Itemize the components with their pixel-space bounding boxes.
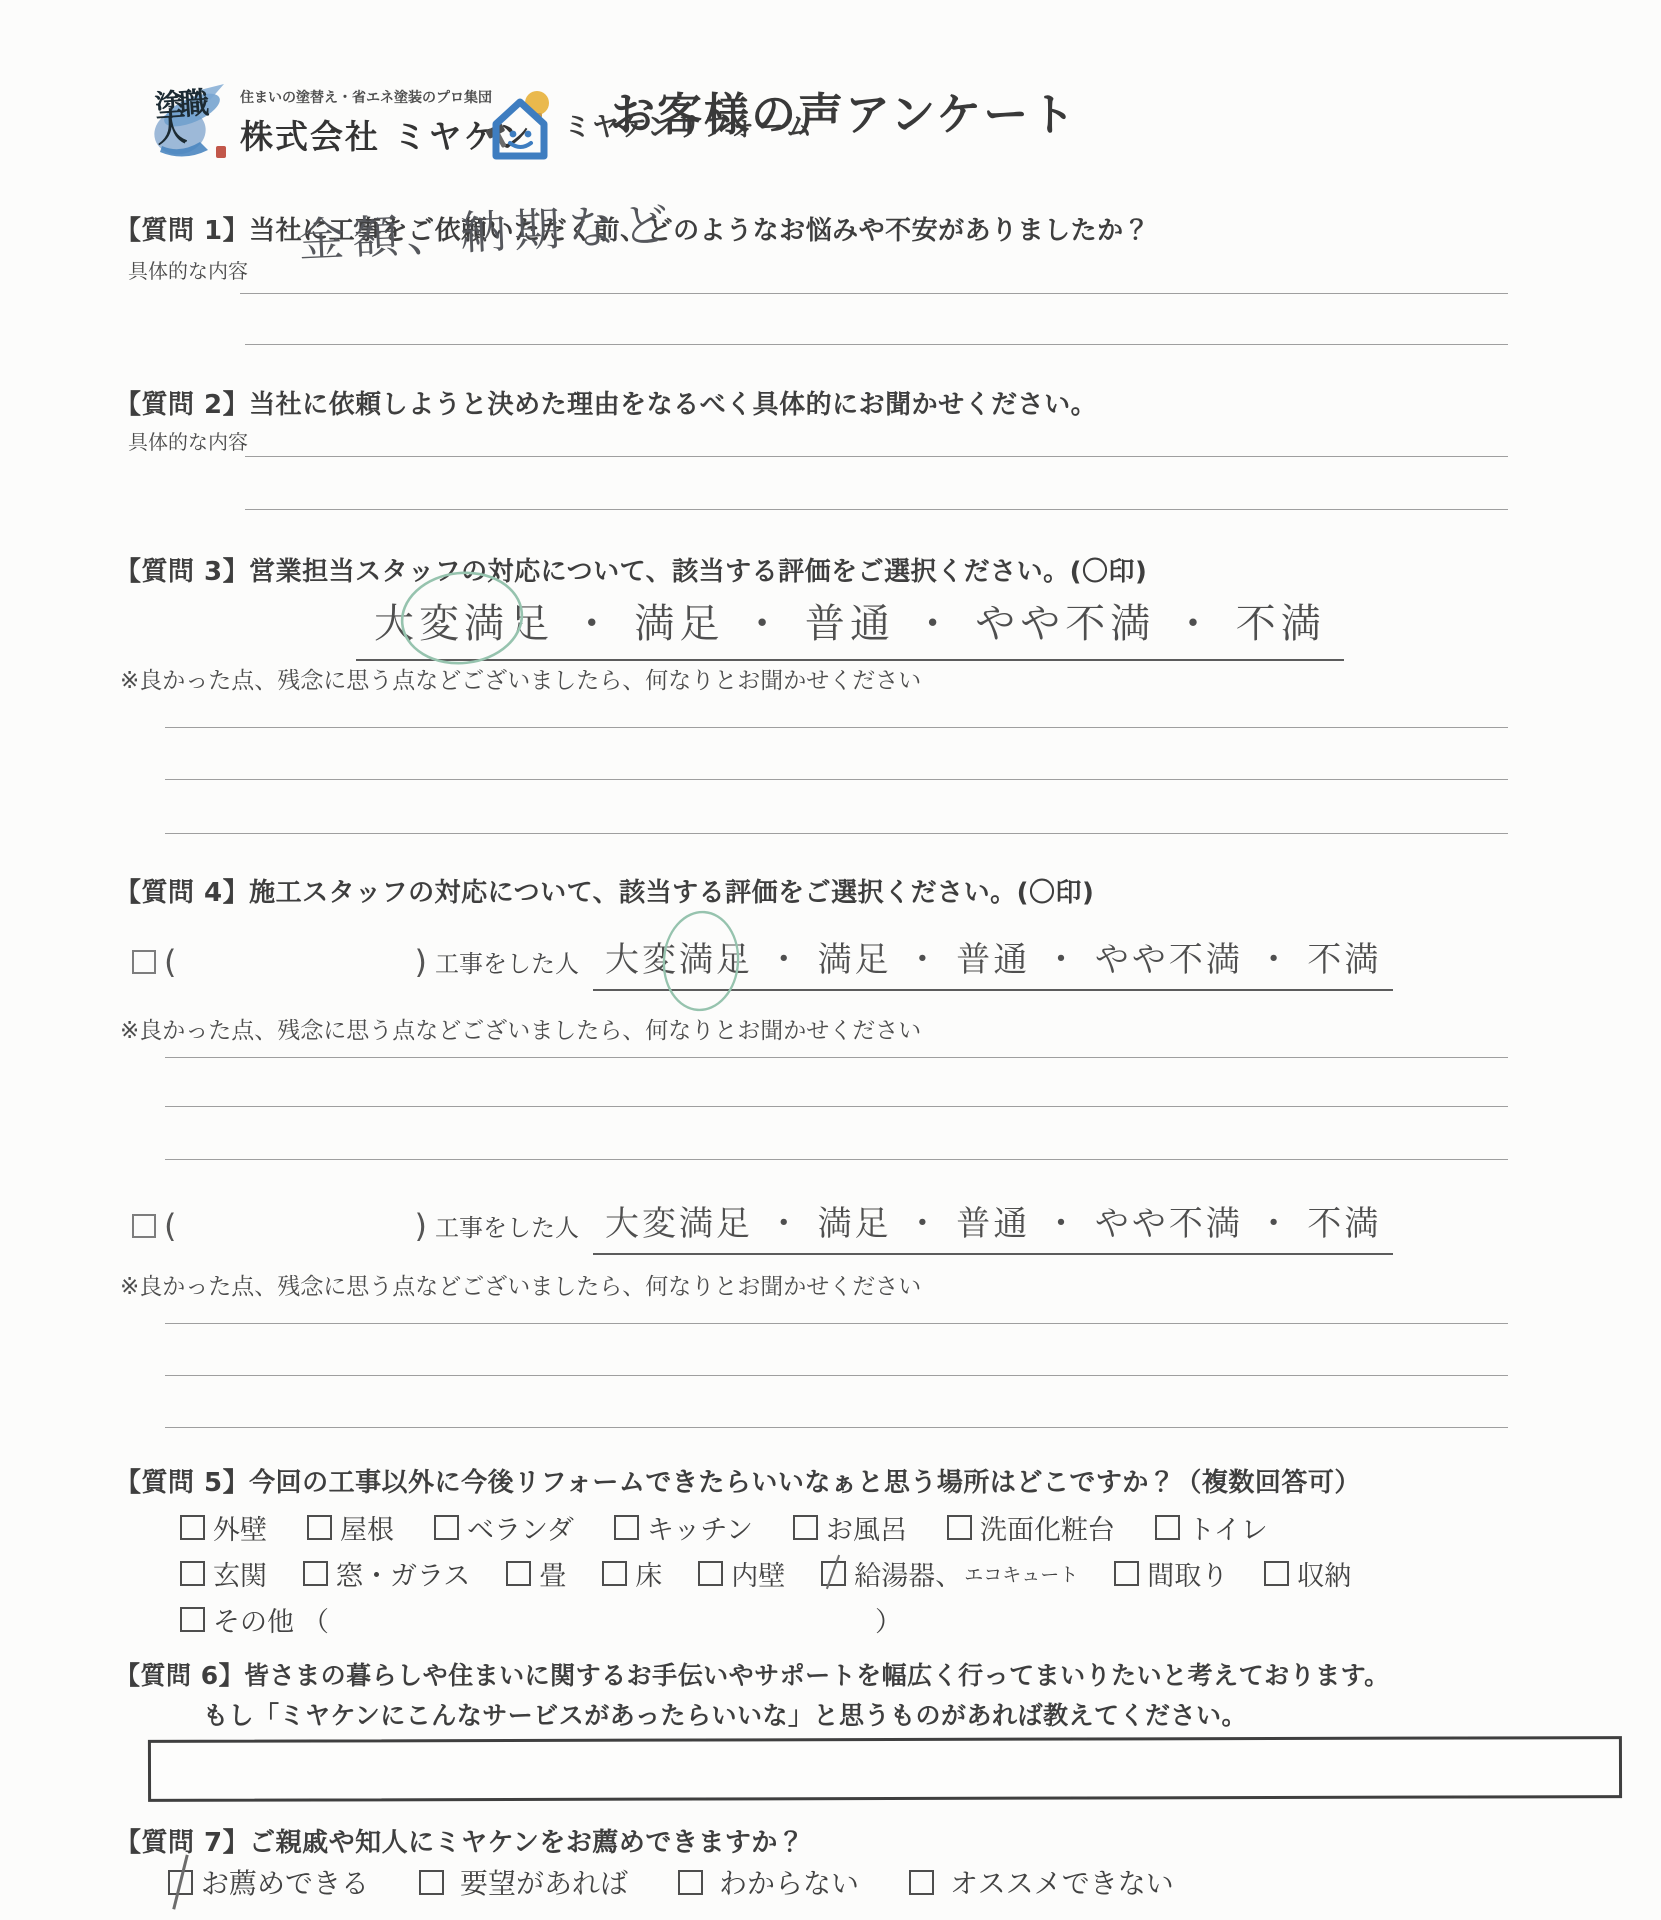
red-seal-icon bbox=[216, 146, 226, 158]
survey-form-page: 塗職人 住まいの塗替え・省エネ塗装のプロ集団 株式会社 ミヤケン ミヤケンリフォ… bbox=[0, 0, 1661, 1920]
answer-line[interactable] bbox=[165, 727, 1508, 728]
option-not-recommend: オススメできない bbox=[909, 1862, 1174, 1902]
option-label: 玄関 bbox=[213, 1554, 267, 1593]
q2-heading: 【質問 2】当社に依頼しようと決めた理由をなるべく具体的にお聞かせください。 bbox=[115, 384, 1097, 421]
checkbox[interactable] bbox=[602, 1561, 627, 1586]
q4-row2-label: 工事をした人 bbox=[435, 1208, 579, 1243]
answer-line[interactable] bbox=[245, 456, 1508, 457]
checkbox[interactable] bbox=[793, 1515, 818, 1540]
option-madori: 間取り bbox=[1114, 1554, 1228, 1593]
paren-close: ） bbox=[875, 1600, 902, 1639]
q6-answer-box[interactable] bbox=[148, 1736, 1622, 1802]
q4-row1-scale-text: 大変満足 ・ 満足 ・ 普通 ・ やや不満 ・ 不満 bbox=[605, 940, 1381, 980]
q5-other-row: その他 （ ） bbox=[180, 1600, 902, 1639]
answer-line[interactable] bbox=[165, 1323, 1508, 1324]
checkbox-checked[interactable] bbox=[821, 1561, 846, 1586]
checkbox[interactable] bbox=[947, 1515, 972, 1540]
check-mark bbox=[172, 1854, 188, 1909]
q4-staff-row-2: ( ) 工事をした人 大変満足 ・ 満足 ・ 普通 ・ やや不満 ・ 不満 bbox=[132, 1196, 1393, 1255]
option-senmen: 洗面化粧台 bbox=[947, 1508, 1115, 1547]
option-label: 外壁 bbox=[213, 1508, 267, 1547]
answer-line[interactable] bbox=[165, 779, 1508, 780]
q5-heading: 【質問 5】今回の工事以外に今後リフォームできたらいいなぁと思う場所はどこですか… bbox=[115, 1462, 1361, 1499]
q5-options-row-2: 玄関 窓・ガラス 畳 床 内壁 給湯器、エコキュート 間取り 収納 bbox=[180, 1554, 1351, 1593]
option-recommend-checked: お薦めできる bbox=[168, 1862, 369, 1902]
option-label: 間取り bbox=[1147, 1554, 1228, 1593]
q5-options-row-1: 外壁 屋根 ベランダ キッチン お風呂 洗面化粧台 トイレ bbox=[180, 1508, 1268, 1547]
option-dont-know: わからない bbox=[678, 1862, 859, 1902]
q4-row2-note: ※良かった点、残念に思う点などございましたら、何なりとお聞かせください bbox=[120, 1268, 921, 1301]
option-toilet: トイレ bbox=[1155, 1508, 1268, 1547]
option-label: 内壁 bbox=[731, 1554, 785, 1593]
option-label: キッチン bbox=[647, 1508, 753, 1547]
q7-options-row: お薦めできる 要望があれば わからない オススメできない bbox=[168, 1862, 1174, 1902]
option-label-small: エコキュート bbox=[964, 1560, 1078, 1587]
checkbox[interactable] bbox=[180, 1561, 205, 1586]
paint-brush-logo-icon: 塗職人 bbox=[150, 80, 228, 164]
q4-row2-scale-text: 大変満足 ・ 満足 ・ 普通 ・ やや不満 ・ 不満 bbox=[605, 1204, 1381, 1244]
checkbox[interactable] bbox=[434, 1515, 459, 1540]
q1-detail-label: 具体的な内容 bbox=[128, 255, 248, 284]
q4-row1-label: 工事をした人 bbox=[435, 944, 579, 979]
checkbox[interactable] bbox=[1155, 1515, 1180, 1540]
q7-heading: 【質問 7】ご親戚や知人にミヤケンをお薦めできますか？ bbox=[115, 1822, 804, 1859]
option-yuka: 床 bbox=[602, 1554, 662, 1593]
q4-row2-rating-scale[interactable]: 大変満足 ・ 満足 ・ 普通 ・ やや不満 ・ 不満 bbox=[593, 1196, 1393, 1255]
miyaken-logo: 塗職人 住まいの塗替え・省エネ塗装のプロ集団 株式会社 ミヤケン bbox=[150, 80, 532, 164]
option-kyutoki-checked: 給湯器、エコキュート bbox=[821, 1554, 1078, 1593]
smile-icon bbox=[510, 143, 531, 147]
checkbox[interactable] bbox=[180, 1607, 205, 1632]
paren-open: ( bbox=[164, 943, 176, 981]
checkbox[interactable] bbox=[1264, 1561, 1289, 1586]
answer-line[interactable] bbox=[165, 1375, 1508, 1376]
q4-row2-checkbox[interactable] bbox=[132, 1214, 156, 1238]
answer-line[interactable] bbox=[165, 1106, 1508, 1107]
option-label: 収納 bbox=[1297, 1554, 1351, 1593]
option-mado-glass: 窓・ガラス bbox=[303, 1554, 470, 1593]
option-label: 床 bbox=[635, 1554, 662, 1593]
option-label: わからない bbox=[719, 1862, 859, 1902]
q3-note: ※良かった点、残念に思う点などございましたら、何なりとお聞かせください bbox=[120, 662, 921, 695]
q3-heading: 【質問 3】営業担当スタッフの対応について、該当する評価をご選択ください。(〇印… bbox=[115, 551, 1147, 588]
option-kitchen: キッチン bbox=[614, 1508, 753, 1547]
option-naiheki: 内壁 bbox=[698, 1554, 785, 1593]
option-veranda: ベランダ bbox=[434, 1508, 574, 1547]
option-if-requested: 要望があれば bbox=[419, 1862, 628, 1902]
q4-heading: 【質問 4】施工スタッフの対応について、該当する評価をご選択ください。(〇印) bbox=[115, 872, 1094, 909]
q3-rating-row: 大変満足 ・ 満足 ・ 普通 ・ やや不満 ・ 不満 bbox=[356, 592, 1344, 661]
answer-line[interactable] bbox=[165, 833, 1508, 834]
check-mark bbox=[826, 1555, 841, 1590]
option-label: オススメできない bbox=[950, 1862, 1174, 1902]
answer-line[interactable] bbox=[245, 509, 1508, 510]
answer-line[interactable] bbox=[165, 1057, 1508, 1058]
option-label: ベランダ bbox=[467, 1508, 574, 1547]
answer-line[interactable] bbox=[245, 344, 1508, 345]
q4-staff-row-1: ( ) 工事をした人 大変満足 ・ 満足 ・ 普通 ・ やや不満 ・ 不満 bbox=[132, 932, 1393, 991]
checkbox[interactable] bbox=[180, 1515, 205, 1540]
checkbox[interactable] bbox=[1114, 1561, 1139, 1586]
option-label: 要望があれば bbox=[460, 1862, 628, 1902]
checkbox[interactable] bbox=[678, 1870, 703, 1895]
paren-close: ) bbox=[414, 943, 426, 981]
option-genkan: 玄関 bbox=[180, 1554, 267, 1593]
option-shunou: 収納 bbox=[1264, 1554, 1351, 1593]
option-label: 窓・ガラス bbox=[336, 1554, 470, 1593]
option-label: お風呂 bbox=[826, 1508, 907, 1547]
option-ofuro: お風呂 bbox=[793, 1508, 907, 1547]
paren-open: （ bbox=[302, 1600, 329, 1639]
option-label: 屋根 bbox=[340, 1508, 394, 1547]
checkbox[interactable] bbox=[909, 1870, 934, 1895]
option-yane: 屋根 bbox=[307, 1508, 394, 1547]
option-gaiheki: 外壁 bbox=[180, 1508, 267, 1547]
answer-line[interactable] bbox=[240, 293, 1508, 294]
q6-heading-line1: 【質問 6】皆さまの暮らしや住まいに関するお手伝いやサポートを幅広く行ってまいり… bbox=[115, 1656, 1390, 1692]
q4-row1-checkbox[interactable] bbox=[132, 950, 156, 974]
checkbox[interactable] bbox=[506, 1561, 531, 1586]
q4-row1-rating-scale[interactable]: 大変満足 ・ 満足 ・ 普通 ・ やや不満 ・ 不満 bbox=[593, 932, 1393, 991]
option-label: トイレ bbox=[1188, 1508, 1268, 1547]
checkbox[interactable] bbox=[303, 1561, 328, 1586]
option-tatami: 畳 bbox=[506, 1554, 566, 1593]
q1-handwritten-answer: 金額、納期など bbox=[297, 188, 678, 270]
q6-heading-line2: もし「ミヤケンにこんなサービスがあったらいいな」と思うものがあれば教えてください… bbox=[203, 1696, 1390, 1732]
q4-row1-note: ※良かった点、残念に思う点などございましたら、何なりとお聞かせください bbox=[120, 1012, 921, 1045]
q3-rating-scale[interactable]: 大変満足 ・ 満足 ・ 普通 ・ やや不満 ・ 不満 bbox=[356, 592, 1344, 661]
option-label: 洗面化粧台 bbox=[980, 1508, 1115, 1547]
option-label: その他 bbox=[213, 1600, 294, 1639]
checkbox-checked[interactable] bbox=[168, 1870, 193, 1895]
option-label: お薦めできる bbox=[201, 1862, 369, 1902]
q3-scale-text: 大変満足 ・ 満足 ・ 普通 ・ やや不満 ・ 不満 bbox=[374, 601, 1326, 647]
page-title: お客様の声アンケート bbox=[610, 78, 1077, 143]
checkbox[interactable] bbox=[419, 1870, 444, 1895]
q6-heading: 【質問 6】皆さまの暮らしや住まいに関するお手伝いやサポートを幅広く行ってまいり… bbox=[115, 1656, 1390, 1732]
paren-close: ) bbox=[414, 1207, 426, 1245]
q2-detail-label: 具体的な内容 bbox=[128, 426, 248, 455]
house-logo-icon bbox=[482, 86, 556, 162]
checkbox[interactable] bbox=[698, 1561, 723, 1586]
checkbox[interactable] bbox=[614, 1515, 639, 1540]
answer-line[interactable] bbox=[165, 1427, 1508, 1428]
logo-calligraphy-text: 塗職人 bbox=[154, 90, 227, 147]
answer-line[interactable] bbox=[165, 1159, 1508, 1160]
option-label: 畳 bbox=[539, 1554, 566, 1593]
option-label: 給湯器、 bbox=[854, 1554, 962, 1593]
paren-open: ( bbox=[164, 1207, 176, 1245]
checkbox[interactable] bbox=[307, 1515, 332, 1540]
